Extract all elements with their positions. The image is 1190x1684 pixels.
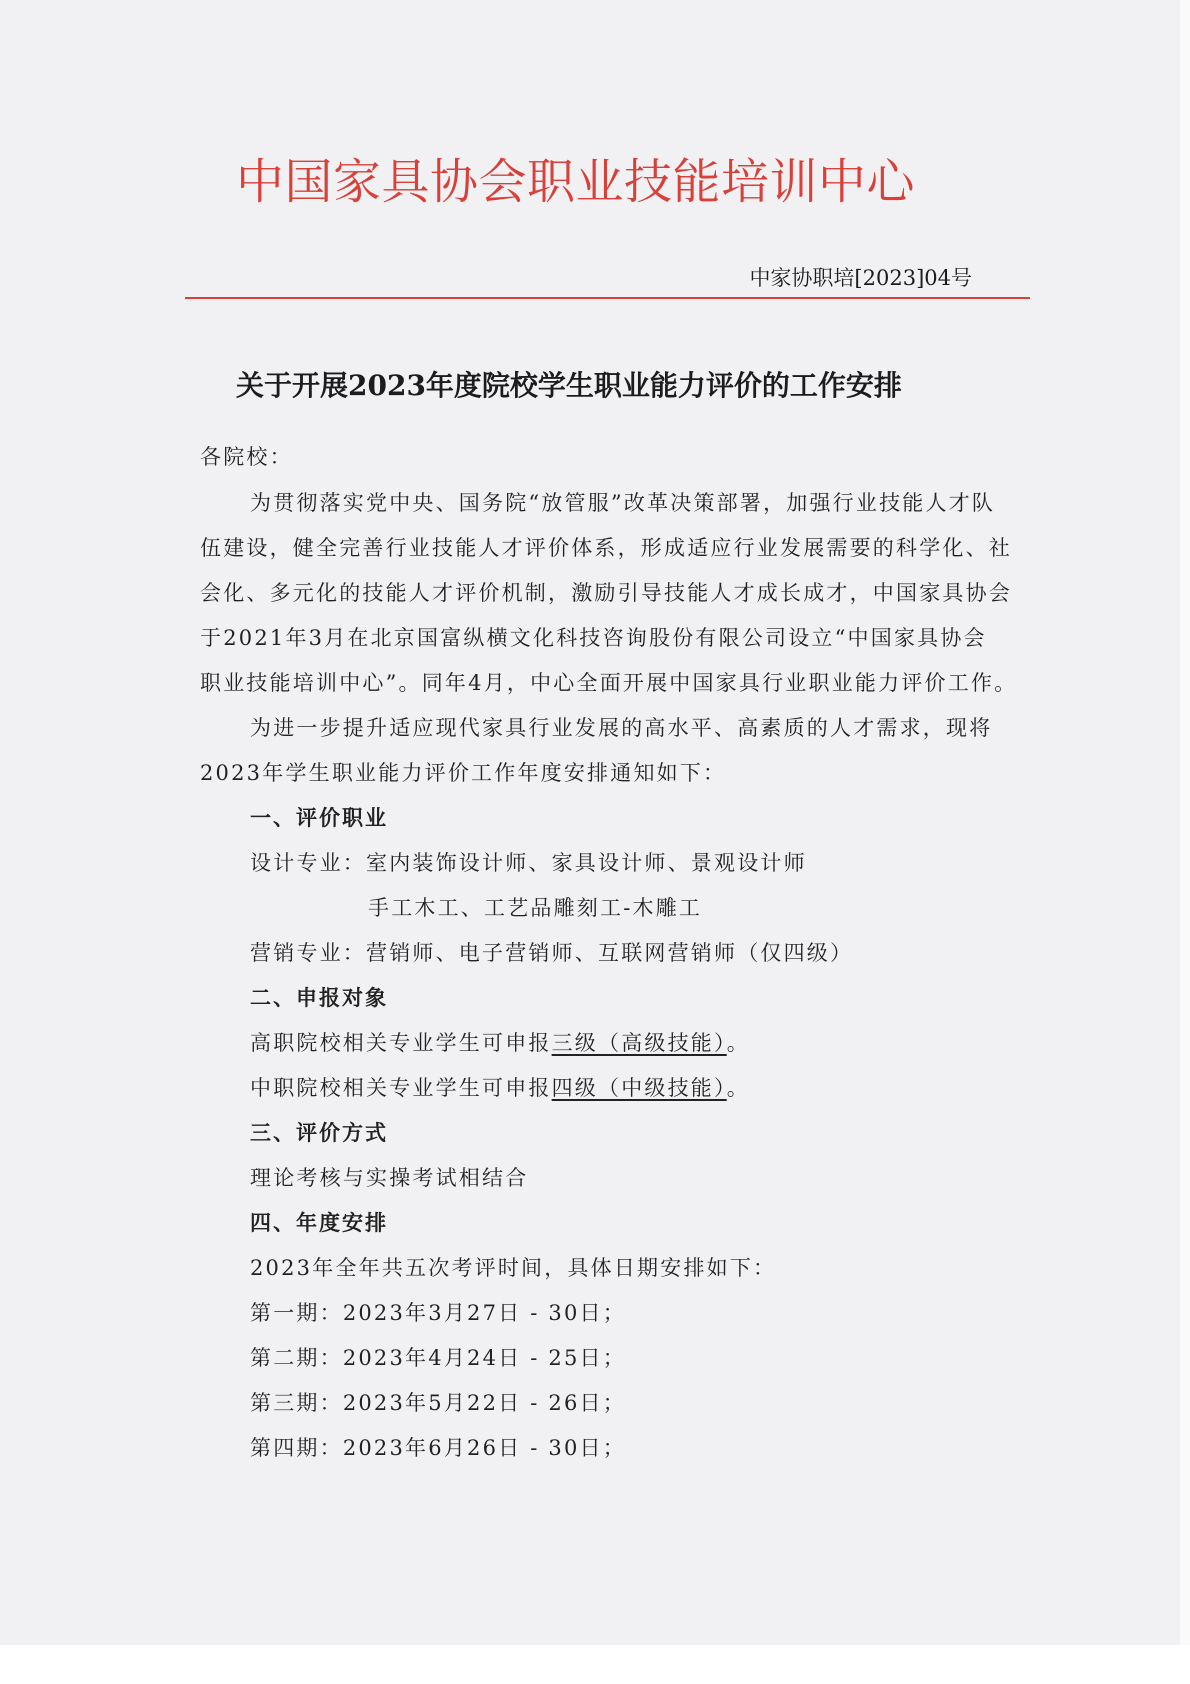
- section-heading-occupations: 一、评价职业: [250, 803, 388, 833]
- paragraph-line: 职业技能培训中心”。同年4月，中心全面开展中国家具行业职业能力评价工作。: [200, 668, 1017, 698]
- schedule-period: 第三期：2023年5月22日 - 26日；: [250, 1388, 626, 1418]
- applicant-text: 高职院校相关专业学生可申报: [250, 1031, 552, 1055]
- marketing-occupations: 营销专业：营销师、电子营销师、互联网营销师（仅四级）: [250, 938, 853, 968]
- schedule-period: 第四期：2023年6月26日 - 30日；: [250, 1433, 626, 1463]
- organization-header: 中国家具协会职业技能培训中心: [236, 152, 996, 212]
- applicant-item: 高职院校相关专业学生可申报三级（高级技能）。: [250, 1028, 750, 1058]
- level-underlined: 四级（中级技能）: [552, 1076, 727, 1100]
- schedule-period: 第二期：2023年4月24日 - 25日；: [250, 1343, 626, 1373]
- document-page: 中国家具协会职业技能培训中心 中家协职培[2023]04号 关于开展2023年度…: [0, 0, 1190, 1645]
- design-occupations: 设计专业：室内装饰设计师、家具设计师、景观设计师: [250, 848, 807, 878]
- design-label: 设计专业：: [250, 851, 366, 875]
- schedule-intro: 2023年全年共五次考评时间，具体日期安排如下：: [250, 1253, 776, 1283]
- period-label: 第一期：: [250, 1301, 343, 1325]
- evaluation-method: 理论考核与实操考试相结合: [250, 1163, 528, 1193]
- page-edge: [1180, 0, 1190, 1645]
- period-label: 第三期：: [250, 1391, 343, 1415]
- applicant-text: 中职院校相关专业学生可申报: [250, 1076, 552, 1100]
- level-underlined: 三级（高级技能）: [552, 1031, 727, 1055]
- marketing-list: 营销师、电子营销师、互联网营销师（仅四级）: [366, 941, 853, 965]
- paragraph-line: 为贯彻落实党中央、国务院“放管服”改革决策部署，加强行业技能人才队: [250, 488, 995, 518]
- design-occupations-continued: 手工木工、工艺品雕刻工-木雕工: [368, 893, 702, 923]
- paragraph-line: 于2021年3月在北京国富纵横文化科技咨询股份有限公司设立“中国家具协会: [200, 623, 987, 653]
- paragraph-line: 为进一步提升适应现代家具行业发展的高水平、高素质的人才需求，现将: [250, 713, 992, 743]
- section-heading-applicants: 二、申报对象: [250, 983, 388, 1013]
- red-divider: [185, 297, 1030, 299]
- section-heading-method: 三、评价方式: [250, 1118, 388, 1148]
- design-list: 室内装饰设计师、家具设计师、景观设计师: [366, 851, 807, 875]
- period-dates: 2023年5月22日 - 26日；: [343, 1391, 626, 1415]
- salutation: 各院校：: [200, 442, 293, 472]
- period-dates: 2023年3月27日 - 30日；: [343, 1301, 626, 1325]
- document-number: 中家协职培[2023]04号: [749, 264, 972, 292]
- section-heading-schedule: 四、年度安排: [250, 1208, 388, 1238]
- period-dates: 2023年6月26日 - 30日；: [343, 1436, 626, 1460]
- paragraph-line: 伍建设，健全完善行业技能人才评价体系，形成适应行业发展需要的科学化、社: [200, 533, 1012, 563]
- period-dates: 2023年4月24日 - 25日；: [343, 1346, 626, 1370]
- punctuation: 。: [727, 1076, 750, 1100]
- schedule-period: 第一期：2023年3月27日 - 30日；: [250, 1298, 626, 1328]
- punctuation: 。: [727, 1031, 750, 1055]
- paragraph-line: 2023年学生职业能力评价工作年度安排通知如下：: [200, 758, 726, 788]
- period-label: 第二期：: [250, 1346, 343, 1370]
- applicant-item: 中职院校相关专业学生可申报四级（中级技能）。: [250, 1073, 750, 1103]
- document-title: 关于开展2023年度院校学生职业能力评价的工作安排: [236, 366, 996, 406]
- paragraph-line: 会化、多元化的技能人才评价机制，激励引导技能人才成长成才，中国家具协会: [200, 578, 1012, 608]
- period-label: 第四期：: [250, 1436, 343, 1460]
- marketing-label: 营销专业：: [250, 941, 366, 965]
- page-bottom-margin: [0, 1645, 1190, 1684]
